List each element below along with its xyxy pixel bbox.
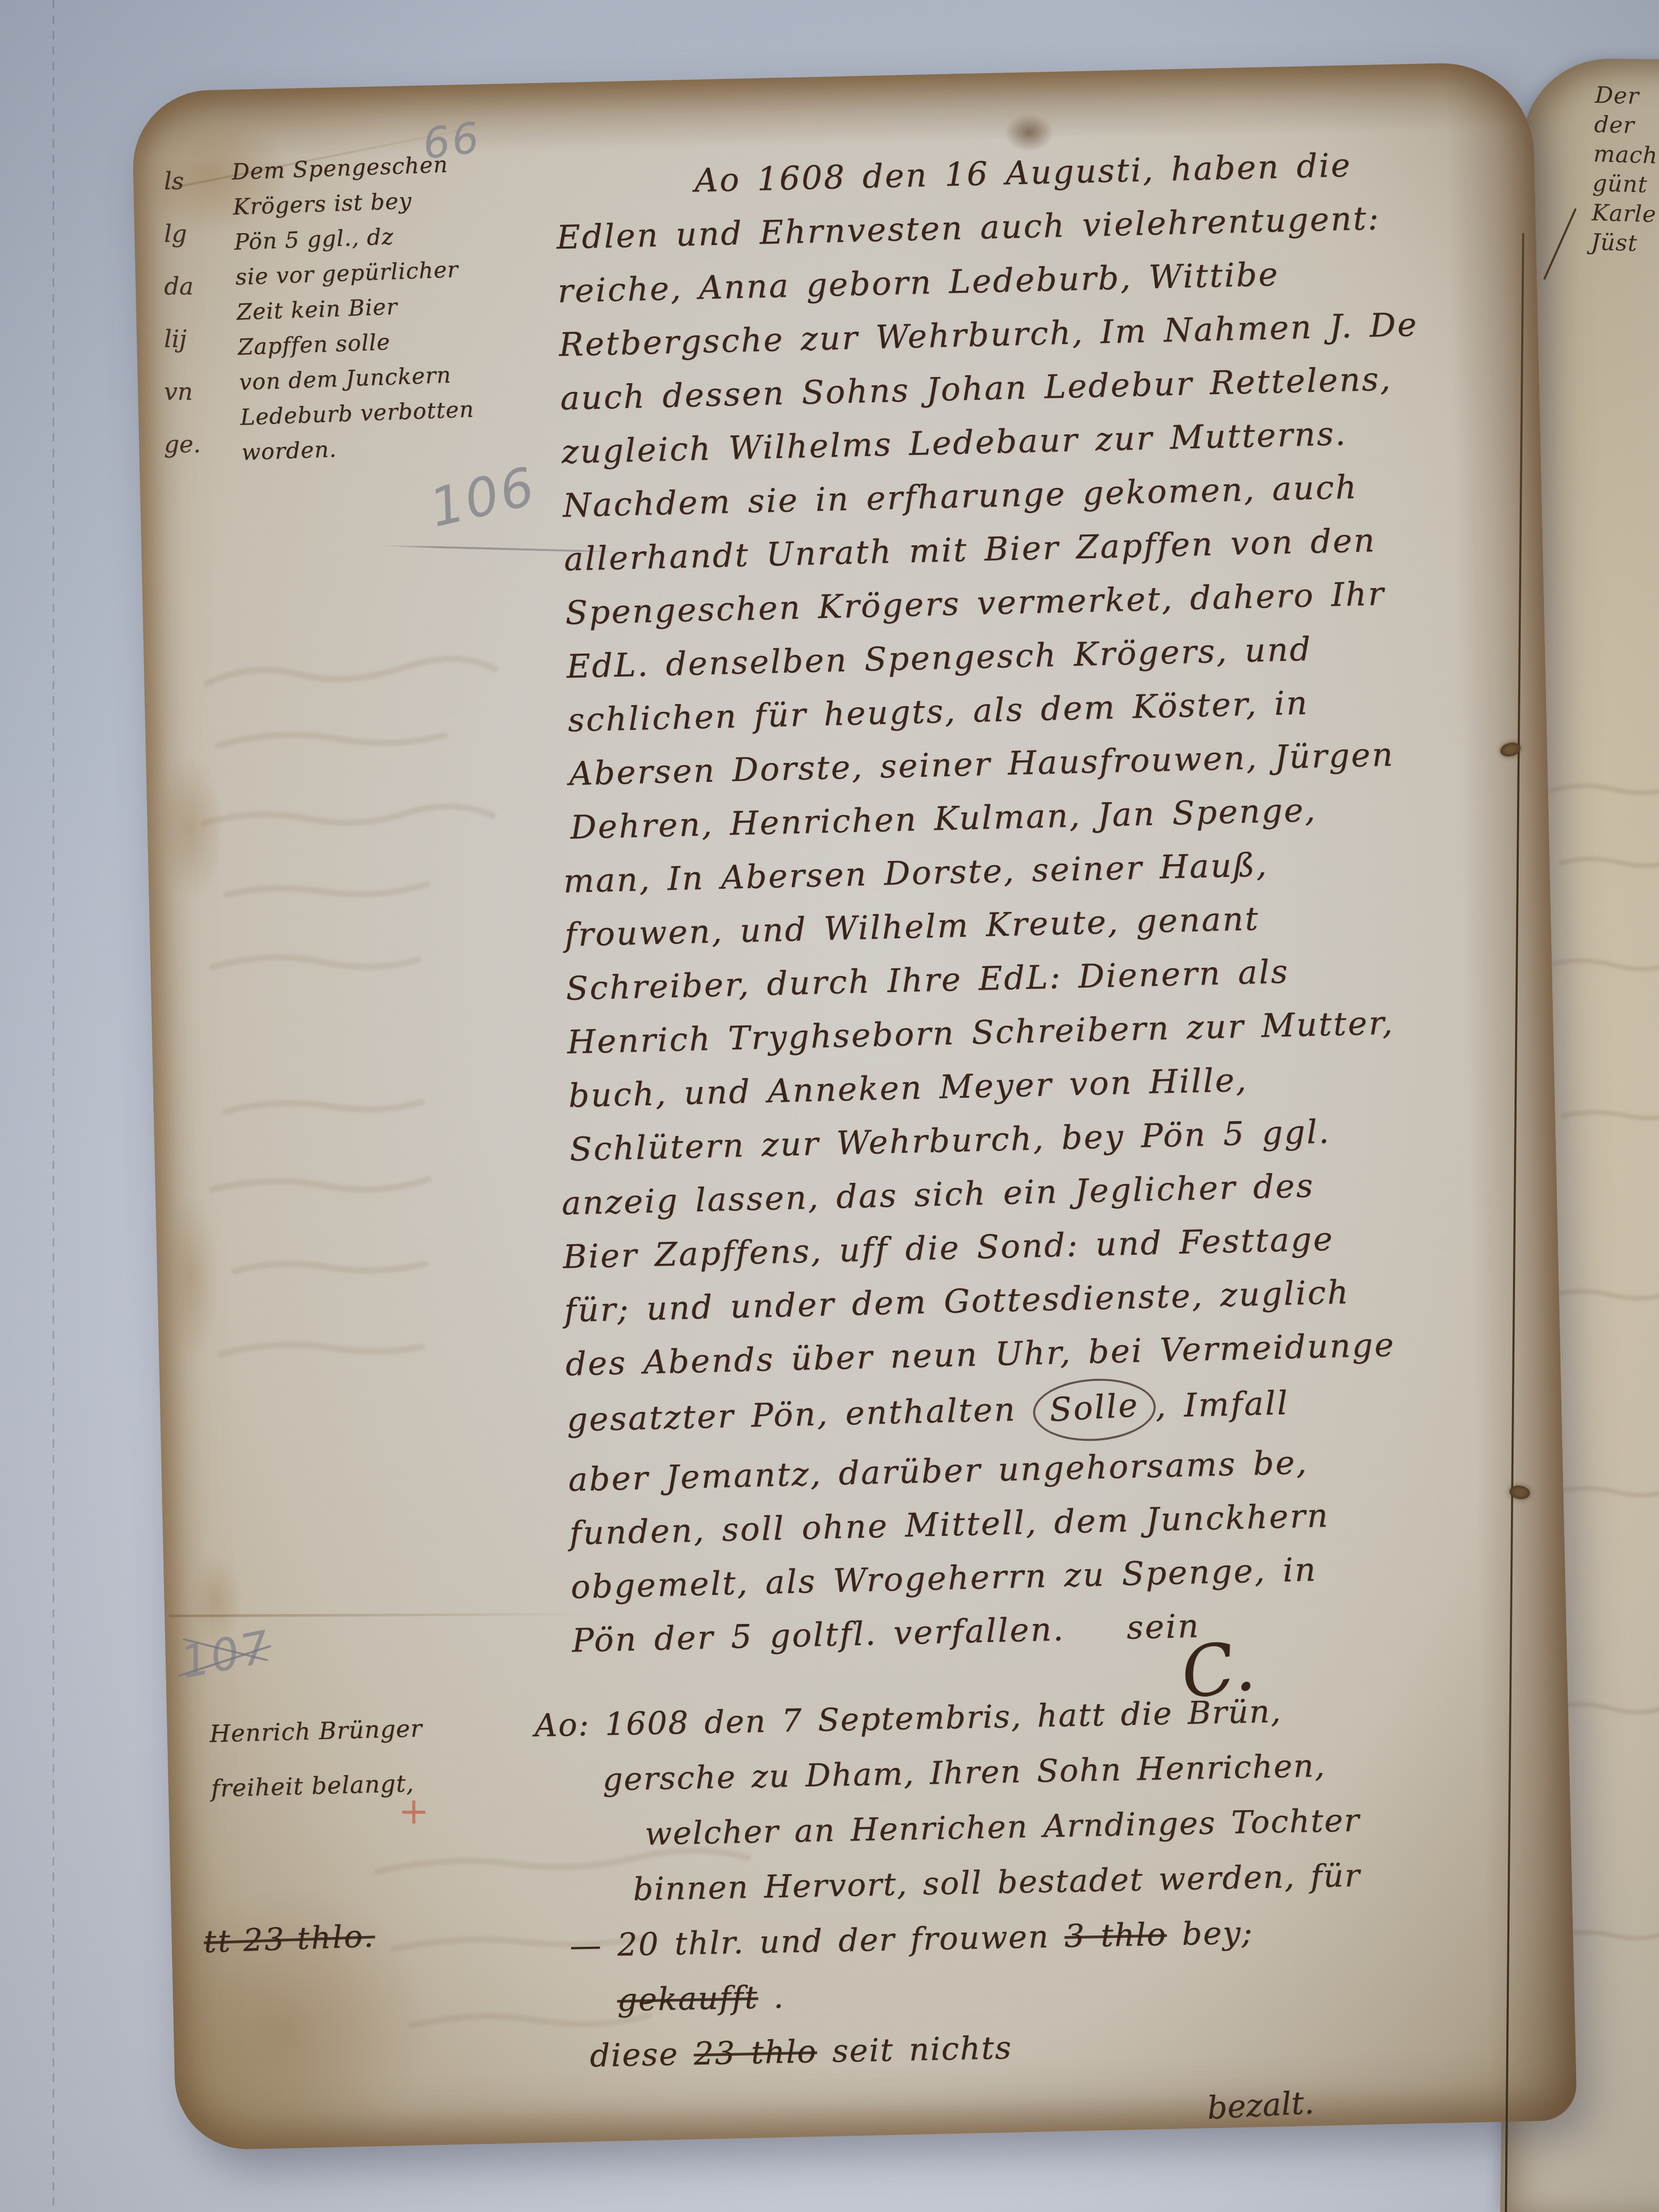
facing-page-fragments: Der der macht günt Karle Jüst — [1590, 80, 1659, 259]
edge-fragment: lij — [164, 313, 201, 365]
line-segment: , Imfall — [1155, 1384, 1290, 1425]
margin-note-line: Henrich Brünger — [209, 1701, 423, 1761]
manuscript-line-tail: bezalt. — [1206, 2085, 1315, 2127]
facing-fragment: macht — [1593, 139, 1659, 171]
edge-fragment: vn — [164, 365, 201, 418]
red-cross-mark: + — [398, 1789, 429, 1832]
struck-amount: 3 thlo — [1064, 1916, 1167, 1955]
line-segment: bey; — [1166, 1914, 1254, 1953]
entry-1608-aug-16: Ao 1608 den 16 Augusti, haben die Edlen … — [555, 137, 1449, 1667]
line-segment: diese — [590, 2036, 694, 2074]
margin-note-entry2: Henrich Brünger freiheit belangt, — [209, 1701, 425, 1816]
facing-fragment: Jüst — [1590, 227, 1659, 259]
struck-amount: 23 thlo — [693, 2034, 817, 2073]
entry-1608-sep-7: Ao: 1608 den 7 Septembris, hatt die Brün… — [534, 1682, 1365, 2085]
struck-word: gekaufft — [617, 1979, 759, 2019]
facing-fragment: Karle — [1591, 198, 1659, 230]
edge-fragment: lg — [164, 207, 201, 260]
margin-note: Dem Spengeschen Krögers ist bey Pön 5 gg… — [231, 147, 476, 470]
line-segment: . — [758, 1979, 785, 2016]
edge-fragment: ge. — [164, 418, 201, 470]
circled-word: Solle — [1031, 1375, 1157, 1444]
line-segment: — 20 thlr. und der frouwen — [570, 1918, 1065, 1964]
edge-fragment: ls — [164, 155, 201, 207]
background-seam — [53, 0, 54, 2212]
facing-fragment: der — [1594, 110, 1659, 141]
struck-fee-note: tt 23 thlo. — [203, 1918, 376, 1960]
margin-note-line: freiheit belangt, — [210, 1755, 425, 1816]
line-segment: seit nichts — [817, 2029, 1013, 2070]
edge-fragment: da — [164, 260, 201, 313]
facing-fragment: Der — [1595, 80, 1659, 112]
edge-fragment-column: ls lg da lij vn ge. — [164, 155, 201, 470]
line-segment: gesatzter Pön, enthalten — [566, 1390, 1033, 1439]
facing-fragment: günt — [1592, 169, 1659, 200]
line-segment: Pön der 5 goltfl. verfallen. — [572, 1611, 1065, 1660]
archive-photo: { "photo": { "background_color": "#b4bbc… — [0, 0, 1659, 2212]
